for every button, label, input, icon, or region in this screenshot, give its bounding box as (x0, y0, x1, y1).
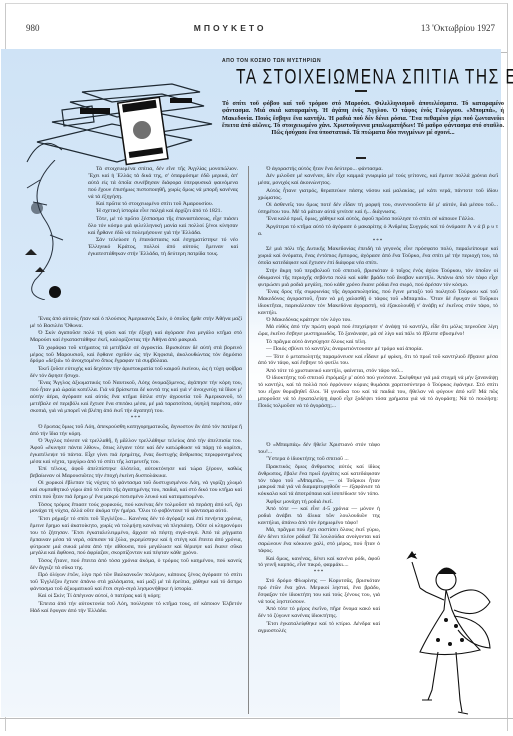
paragraph: Ἕνας ὅρος τῆς συμφωνίας τῆς ἀγοραπωλησία… (258, 289, 498, 317)
paragraph: Τά στοιχειωμένα σπίτια, δέν εἶνε τῆς Ἀγγ… (88, 166, 238, 201)
paragraph: Καί ὅμως, κανένας, δένει καί κανένα ρόδι… (258, 556, 380, 570)
paragraph: Καί οἱ Σκίν; Τί ἀπέγιναν αὐτοί, ὁ πατέρα… (30, 593, 242, 600)
paragraph: Τόσος τρόμος ἔπιασε τούς χωρικούς, πού κ… (30, 502, 242, 516)
paragraph: Τό πρᾶγμα αὐτό ἀνησύχησε ὅλους καί τέλη. (258, 339, 498, 346)
paragraph: Ἀργότερα τό κτῆμα αὐτό τό ἀγόρασε ὁ μακα… (258, 224, 498, 238)
paragraph: Ἔτσι ρήμαξε τό σπίτι τοῦ Ἐγγλέζου... Καν… (30, 516, 242, 557)
page-number: 980 (26, 23, 40, 33)
paragraph: Οἱ χωρικοί ἔβλεπαν τίς νύχτες τό φάντασμ… (30, 480, 242, 501)
paragraph: Μά, πρᾶγμα πού ἔχει σαστίσει ὅλους ἐκεῖ … (258, 527, 380, 555)
paragraph: Τότε, μέ τό πρῶτο ξέσπασμα τῆς ἐπαναστάσ… (88, 216, 238, 237)
paragraph: Ὁ ἰδιοκτήτης τοῦ σπιτιοῦ ἐτρόμαξε μ' αὐτ… (258, 375, 498, 410)
paragraph: Στό δρόμο Φλωρίνης — Κορυτσᾶς, βρισκόταν… (258, 578, 380, 606)
floral-ornament-icon (15, 160, 85, 300)
paragraph: Ἡ σχετική ἱστορία εἶνε παλῃά καί ἀρχίζει… (88, 208, 238, 215)
fairy-illustration (398, 540, 498, 725)
page-header: 980 ΜΠΟΥΚΕΤΟ 13 'Οκτωβρίου 1927 (6, 4, 507, 52)
footer-rule (0, 718, 513, 719)
paragraph: Ἕνας ἀπό αὐτούς ἦταν καί ὁ πλούσιος Ἀμερ… (30, 316, 242, 330)
paragraph: Οἱ ἀσθενεῖς του ὅμως ποτέ δέν εἶδαν τή μ… (258, 202, 498, 216)
column-divider (248, 166, 249, 714)
fairy-with-wand-icon (398, 540, 498, 725)
article-summary: Τό σπίτι τοῦ φόβου καί τοῦ τρόμου στό Μα… (222, 100, 504, 136)
paragraph: Καί πρῶτα τό στοιχειωμένο σπίτι τοῦ Ἀμαρ… (88, 201, 238, 208)
article-kicker: ΑΠΟ ΤΟΝ ΚΟΣΜΟ ΤΩΝ ΜΥΣΤΗΡΙΩΝ (222, 58, 321, 64)
column-right-top: Ὁ ἀγοραστής αὐτός ἦταν ἕνα δεύτερο... φά… (258, 166, 498, 410)
books-pile-icon (22, 62, 222, 170)
paragraph: Πρό ὀλίγων ἐτῶν, λίγο πρό τῶν Βαλκανικῶν… (30, 572, 242, 593)
paragraph: — Τότε ὁ μεταπωλητής παραμόνευσε καί εἶδ… (258, 354, 498, 368)
books-illustration (22, 62, 222, 170)
margin-vignette (15, 160, 85, 300)
paragraph: Ἕνα καλό πρωΐ, ὅμως, χάθηκε καί αὐτός, ἀ… (258, 216, 498, 223)
paragraph: Πρακτικός ὅμως ἄνθρωπος αὐτός καί ἰδίως … (258, 464, 380, 499)
paragraph: Ἐπί τέλους, ἀφοῦ ἀπελπίστηκε ὁλότελα, αὐ… (30, 466, 242, 480)
paragraph: Ἀπό τότε τό μέρος ἐκεῖνο, πῆρε ὄνομα κακ… (258, 606, 380, 620)
paragraph: Ὁ ἀγοραστής αὐτός ἦταν ἕνα δεύτερο... φά… (258, 166, 498, 173)
paragraph: Ἐκεῖ ζοῦσε εὐτυχής καί δεχόταν τήν ἀριστ… (30, 366, 242, 380)
column-left: Ἕνας ἀπό αὐτούς ἦταν καί ὁ πλούσιος Ἀμερ… (30, 316, 242, 615)
paragraph: Ὁ Ἄγγλος πόνεσε νά τρελλαθῆ, ἤ μᾶλλον τρ… (30, 438, 242, 466)
paragraph: Τά χωράφια τοῦ κτήματος τά μετέβαλε σέ ἀ… (30, 345, 242, 366)
paragraph: Τόσος ἦτανε, πού ἔπειτα ἀπό τόσα χρόνια … (30, 558, 242, 572)
section-dash (356, 157, 366, 159)
paragraph: Ἀφῆκε μονάχη τή ροδιά ἐκεῖ. (258, 499, 380, 506)
paragraph: Στήν ἄκρη τοῦ περιβολιοῦ τοῦ σπιτιοῦ, βρ… (258, 268, 498, 289)
paragraph: Σέ μιά πόλι τῆς Δυτικῆς Μακεδονίας ἐπειδ… (258, 246, 498, 267)
magazine-title: ΜΠΟΥΚΕΤΟ (194, 23, 267, 33)
paragraph: Ἕνας Ἄγγλος ἀξιωματικός τοῦ Ναυτικοῦ, Λό… (30, 380, 242, 415)
article-headline: ΤΑ ΣΤΟΙΧΕΙΩΜΕΝΑ ΣΠΙΤΙΑ ΤΗΣ ΕΛΛΑΔΟΣ (236, 66, 496, 90)
paragraph: Δέν μιλοῦσε μέ κανέναν, δέν εἶχε καμμιά … (258, 173, 498, 187)
paragraph: Ὁ Μακεδόνας κράτησε τόν λόγο του. (258, 317, 498, 324)
headline-rule (355, 90, 367, 92)
paragraph: Ὁ ἔρωτας ὅμως τοῦ Λόη, ἀπεκρούσθη κατηγο… (30, 424, 242, 438)
paragraph: Σάν τελείωσε ἡ ἐπανάστασις καί ἐσχηματίσ… (88, 237, 238, 258)
section-separator: *** (258, 570, 380, 577)
section-separator: *** (30, 416, 242, 423)
paragraph: Ἔπειτα ἀπό τήν αὐτοκτονία τοῦ Λόη, πούλη… (30, 601, 242, 615)
paragraph: Ὁ «Μπαμπάς» δέν ἤθελε Χριστιανό στόν τάφ… (258, 442, 380, 456)
column-right-narrow: Ὁ «Μπαμπάς» δέν ἤθελε Χριστιανό στόν τάφ… (258, 442, 380, 635)
paragraph: — Ποιός σβύνει τό καντήλι; ἀναρωτιόντουσ… (258, 346, 498, 353)
column-left-top: Τά στοιχειωμένα σπίτια, δέν εἶνε τῆς Ἀγγ… (88, 166, 238, 258)
section-separator: *** (258, 239, 498, 246)
paragraph: Ὁ Σκίν ἀγαποῦσε πολύ τή φύσι καί τήν ἐξο… (30, 330, 242, 344)
paragraph: Μά εὐθύς ἀπό τήν πρώτη φορά πού ἐπεχείρη… (258, 324, 498, 338)
issue-date: 13 'Οκτωβρίου 1927 (421, 23, 495, 33)
paragraph: Ἀπό τότε — καί εἶνε 4-5 χρόνια — μόνον ἡ… (258, 506, 380, 527)
paragraph: Ἀπό τότε τό χριστιανικό καντήλι, φαίνετα… (258, 368, 498, 375)
paragraph: Ὕστερα ὁ ἰδιοκτήτης τοῦ σπιτιοῦ ... (258, 456, 380, 463)
paragraph: Ἔτσι ἐγκαταλείφθηκε καί τό κτίριο. Δένδρ… (258, 621, 380, 635)
paragraph: Αὐτός ἦτανε γιατρός, θεραπεύων πάσης νόσ… (258, 188, 498, 202)
